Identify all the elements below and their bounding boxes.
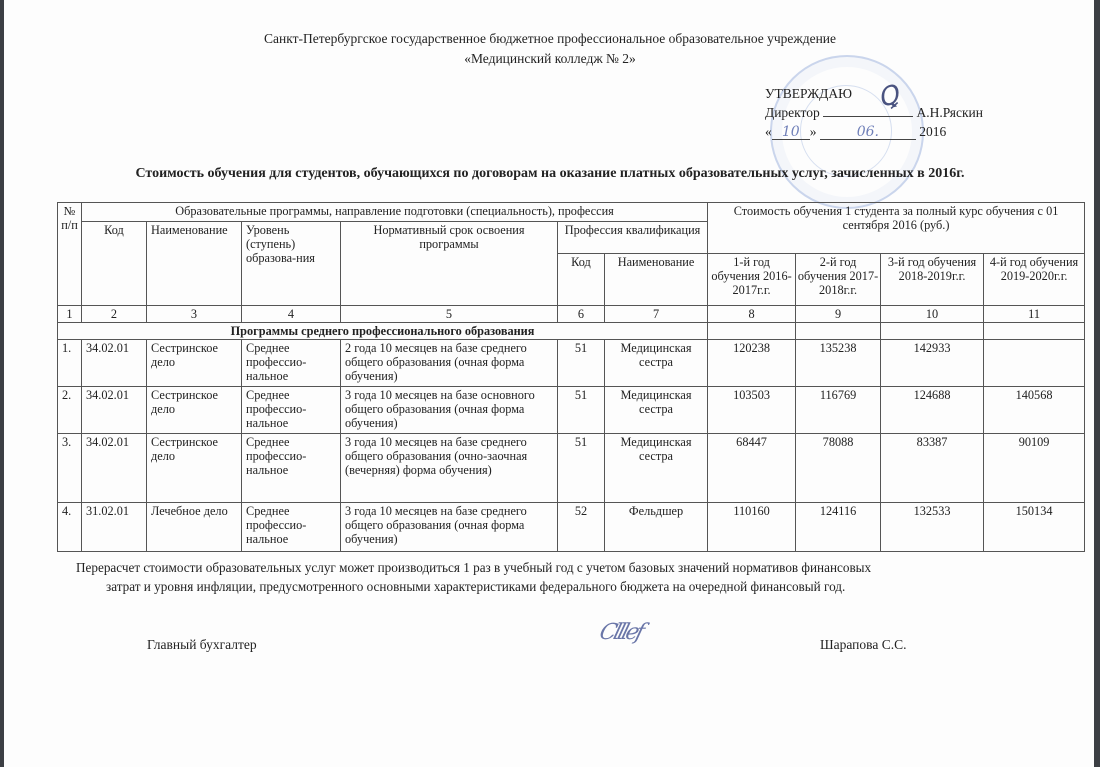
row-term: 3 года 10 месяцев на базе основного обще… xyxy=(341,387,558,434)
header-num: № п/п xyxy=(58,203,82,306)
row-cost-year-3: 142933 xyxy=(881,340,984,387)
header-prof-name: Наименование xyxy=(605,254,708,306)
row-level: Среднее профессио-нальное xyxy=(242,387,341,434)
approval-block: УТВЕРЖДАЮ Директор А.Н.Ряскин «10» 06. 2… xyxy=(765,84,1065,141)
row-level: Среднее профессио-нальное xyxy=(242,434,341,503)
approval-director-line: Директор А.Н.Ряскин xyxy=(765,103,1065,122)
row-cost-year-3: 83387 xyxy=(881,434,984,503)
row-cost-year-2: 78088 xyxy=(796,434,881,503)
table-row: 1. 34.02.01 Сестринское дело Среднее про… xyxy=(58,340,1085,387)
row-cost-year-4: 140568 xyxy=(984,387,1085,434)
director-position: Директор xyxy=(765,105,820,120)
row-prof-code: 51 xyxy=(558,434,605,503)
col-num: 8 xyxy=(708,306,796,323)
row-cost-year-1: 110160 xyxy=(708,503,796,552)
row-cost-year-2: 135238 xyxy=(796,340,881,387)
col-num: 11 xyxy=(984,306,1085,323)
header-year-4: 4-й год обучения 2019-2020г.г. xyxy=(984,254,1085,306)
row-term: 3 года 10 месяцев на базе среднего общег… xyxy=(341,503,558,552)
date-day: 10 xyxy=(772,123,810,140)
row-prof-code: 51 xyxy=(558,387,605,434)
row-prof-name: Фельдшер xyxy=(605,503,708,552)
document-title: Стоимость обучения для студентов, обучаю… xyxy=(0,166,1100,182)
date-quote-close: » xyxy=(810,124,817,139)
empty-cell xyxy=(708,323,796,340)
window-edge-right xyxy=(1094,0,1100,767)
row-level: Среднее профессио-нальное xyxy=(242,503,341,552)
footnote-line-2: затрат и уровня инфляции, предусмотренно… xyxy=(0,577,1100,596)
row-num: 1. xyxy=(58,340,82,387)
date-month: 06. xyxy=(820,123,916,140)
col-num: 10 xyxy=(881,306,984,323)
row-cost-year-2: 116769 xyxy=(796,387,881,434)
footnote: Перерасчет стоимости образовательных усл… xyxy=(0,558,1100,596)
row-code: 34.02.01 xyxy=(82,387,147,434)
organization-name: Санкт-Петербургское государственное бюдж… xyxy=(0,29,1100,49)
header-year-1: 1-й год обучения 2016-2017г.г. xyxy=(708,254,796,306)
col-num: 6 xyxy=(558,306,605,323)
header-profession-group: Профессия квалификация xyxy=(558,222,708,254)
header-prof-code: Код xyxy=(558,254,605,306)
row-name: Лечебное дело xyxy=(147,503,242,552)
college-name: «Медицинский колледж № 2» xyxy=(0,49,1100,69)
row-cost-year-3: 132533 xyxy=(881,503,984,552)
accountant-signature: Clllef xyxy=(597,620,645,645)
organization-header: Санкт-Петербургское государственное бюдж… xyxy=(0,29,1100,69)
header-year-3: 3-й год обучения 2018-2019г.г. xyxy=(881,254,984,306)
date-year: 2016 xyxy=(919,124,946,139)
row-prof-code: 52 xyxy=(558,503,605,552)
header-year-2: 2-й год обучения 2017-2018г.г. xyxy=(796,254,881,306)
row-level: Среднее профессио-нальное xyxy=(242,340,341,387)
approval-label: УТВЕРЖДАЮ xyxy=(765,84,1065,103)
row-term: 2 года 10 месяцев на базе среднего общег… xyxy=(341,340,558,387)
row-cost-year-2: 124116 xyxy=(796,503,881,552)
header-term: Нормативный срок освоения программы xyxy=(341,222,558,306)
col-num: 4 xyxy=(242,306,341,323)
header-cost-group: Стоимость обучения 1 студента за полный … xyxy=(708,203,1085,254)
row-cost-year-4: 150134 xyxy=(984,503,1085,552)
row-prof-name: Медицинская сестра xyxy=(605,387,708,434)
header-programs-group: Образовательные программы, направление п… xyxy=(82,203,708,222)
footnote-line-1: Перерасчет стоимости образовательных усл… xyxy=(0,558,1100,577)
empty-cell xyxy=(796,323,881,340)
row-name: Сестринское дело xyxy=(147,387,242,434)
row-cost-year-1: 103503 xyxy=(708,387,796,434)
col-num: 9 xyxy=(796,306,881,323)
section-row: Программы среднего профессионального обр… xyxy=(58,323,1085,340)
row-term: 3 года 10 месяцев на базе среднего общег… xyxy=(341,434,558,503)
col-num: 5 xyxy=(341,306,558,323)
director-name: А.Н.Ряскин xyxy=(917,105,983,120)
row-cost-year-4: 90109 xyxy=(984,434,1085,503)
date-quote-open: « xyxy=(765,124,772,139)
table-row: 2. 34.02.01 Сестринское дело Среднее про… xyxy=(58,387,1085,434)
header-level: Уровень (ступень) образова-ния xyxy=(242,222,341,306)
tuition-cost-table: № п/п Образовательные программы, направл… xyxy=(57,202,1085,552)
col-num: 7 xyxy=(605,306,708,323)
row-num: 3. xyxy=(58,434,82,503)
section-title: Программы среднего профессионального обр… xyxy=(58,323,708,340)
row-num: 4. xyxy=(58,503,82,552)
row-prof-code: 51 xyxy=(558,340,605,387)
row-name: Сестринское дело xyxy=(147,340,242,387)
header-name: Наименование xyxy=(147,222,242,306)
row-cost-year-1: 120238 xyxy=(708,340,796,387)
row-prof-name: Медицинская сестра xyxy=(605,340,708,387)
header-code: Код xyxy=(82,222,147,306)
row-cost-year-3: 124688 xyxy=(881,387,984,434)
empty-cell xyxy=(881,323,984,340)
row-code: 31.02.01 xyxy=(82,503,147,552)
empty-cell xyxy=(984,323,1085,340)
table-row: 4. 31.02.01 Лечебное дело Среднее профес… xyxy=(58,503,1085,552)
window-edge-left xyxy=(0,0,4,767)
accountant-position: Главный бухгалтер xyxy=(147,637,257,653)
row-cost-year-1: 68447 xyxy=(708,434,796,503)
col-num: 1 xyxy=(58,306,82,323)
row-cost-year-4 xyxy=(984,340,1085,387)
row-prof-name: Медицинская сестра xyxy=(605,434,708,503)
col-num: 3 xyxy=(147,306,242,323)
row-code: 34.02.01 xyxy=(82,434,147,503)
row-code: 34.02.01 xyxy=(82,340,147,387)
accountant-name: Шарапова С.С. xyxy=(820,637,906,653)
column-number-row: 1 2 3 4 5 6 7 8 9 10 11 xyxy=(58,306,1085,323)
approval-date-line: «10» 06. 2016 xyxy=(765,122,1065,141)
row-name: Сестринское дело xyxy=(147,434,242,503)
row-num: 2. xyxy=(58,387,82,434)
signature-line xyxy=(823,104,913,117)
table-row: 3. 34.02.01 Сестринское дело Среднее про… xyxy=(58,434,1085,503)
col-num: 2 xyxy=(82,306,147,323)
